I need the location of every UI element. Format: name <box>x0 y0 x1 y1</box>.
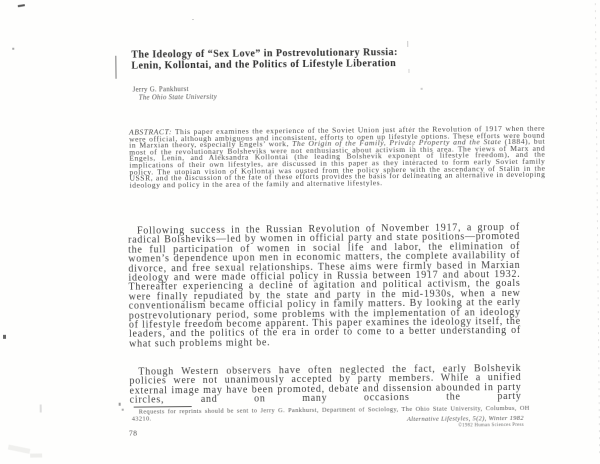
scan-speck <box>122 409 124 411</box>
scan-artifact-dash <box>18 4 25 7</box>
scan-smudge <box>30 453 42 457</box>
paper-title-line2: Lenin, Kollontai, and the Politics of Li… <box>131 58 451 72</box>
scan-crease-mark <box>414 171 415 176</box>
scan-crease-mark <box>408 69 409 73</box>
body-paragraph-1: Following success in the Russian Revolut… <box>128 223 521 349</box>
scanned-paper-page: The Ideology of “Sex Love” in Postrevolu… <box>0 0 600 464</box>
abstract: ABSTRACT: This paper examines the experi… <box>129 126 546 189</box>
scan-speck <box>3 335 6 339</box>
author-block: Jerry G. Pankhurst The Ohio State Univer… <box>133 86 217 102</box>
scan-speck <box>192 19 194 20</box>
scan-edge-noise <box>595 3 600 453</box>
paper-title: The Ideology of “Sex Love” in Postrevolu… <box>131 47 451 73</box>
copyright-line: ©1982 Human Sciences Press <box>458 423 524 429</box>
scan-crease-mark <box>410 127 411 132</box>
scan-speck <box>40 404 42 412</box>
scan-artifact-margin-bar <box>115 56 117 79</box>
scan-speck <box>12 48 14 50</box>
author-affiliation: The Ohio State University <box>139 94 217 103</box>
scan-speck <box>421 88 423 90</box>
scan-crease-mark <box>412 142 413 150</box>
scan-smudge <box>8 445 31 454</box>
scan-content: The Ideology of “Sex Love” in Postrevolu… <box>0 0 600 464</box>
scan-crease-mark <box>413 157 414 163</box>
body-paragraph-2: Though Western observers have often negl… <box>129 364 521 405</box>
page-number: 78 <box>129 429 138 438</box>
scan-speck <box>119 403 121 406</box>
journal-citation: Alternative Lifestyles, 5(2), Winter 198… <box>407 415 524 423</box>
scan-crease-mark <box>407 41 408 47</box>
